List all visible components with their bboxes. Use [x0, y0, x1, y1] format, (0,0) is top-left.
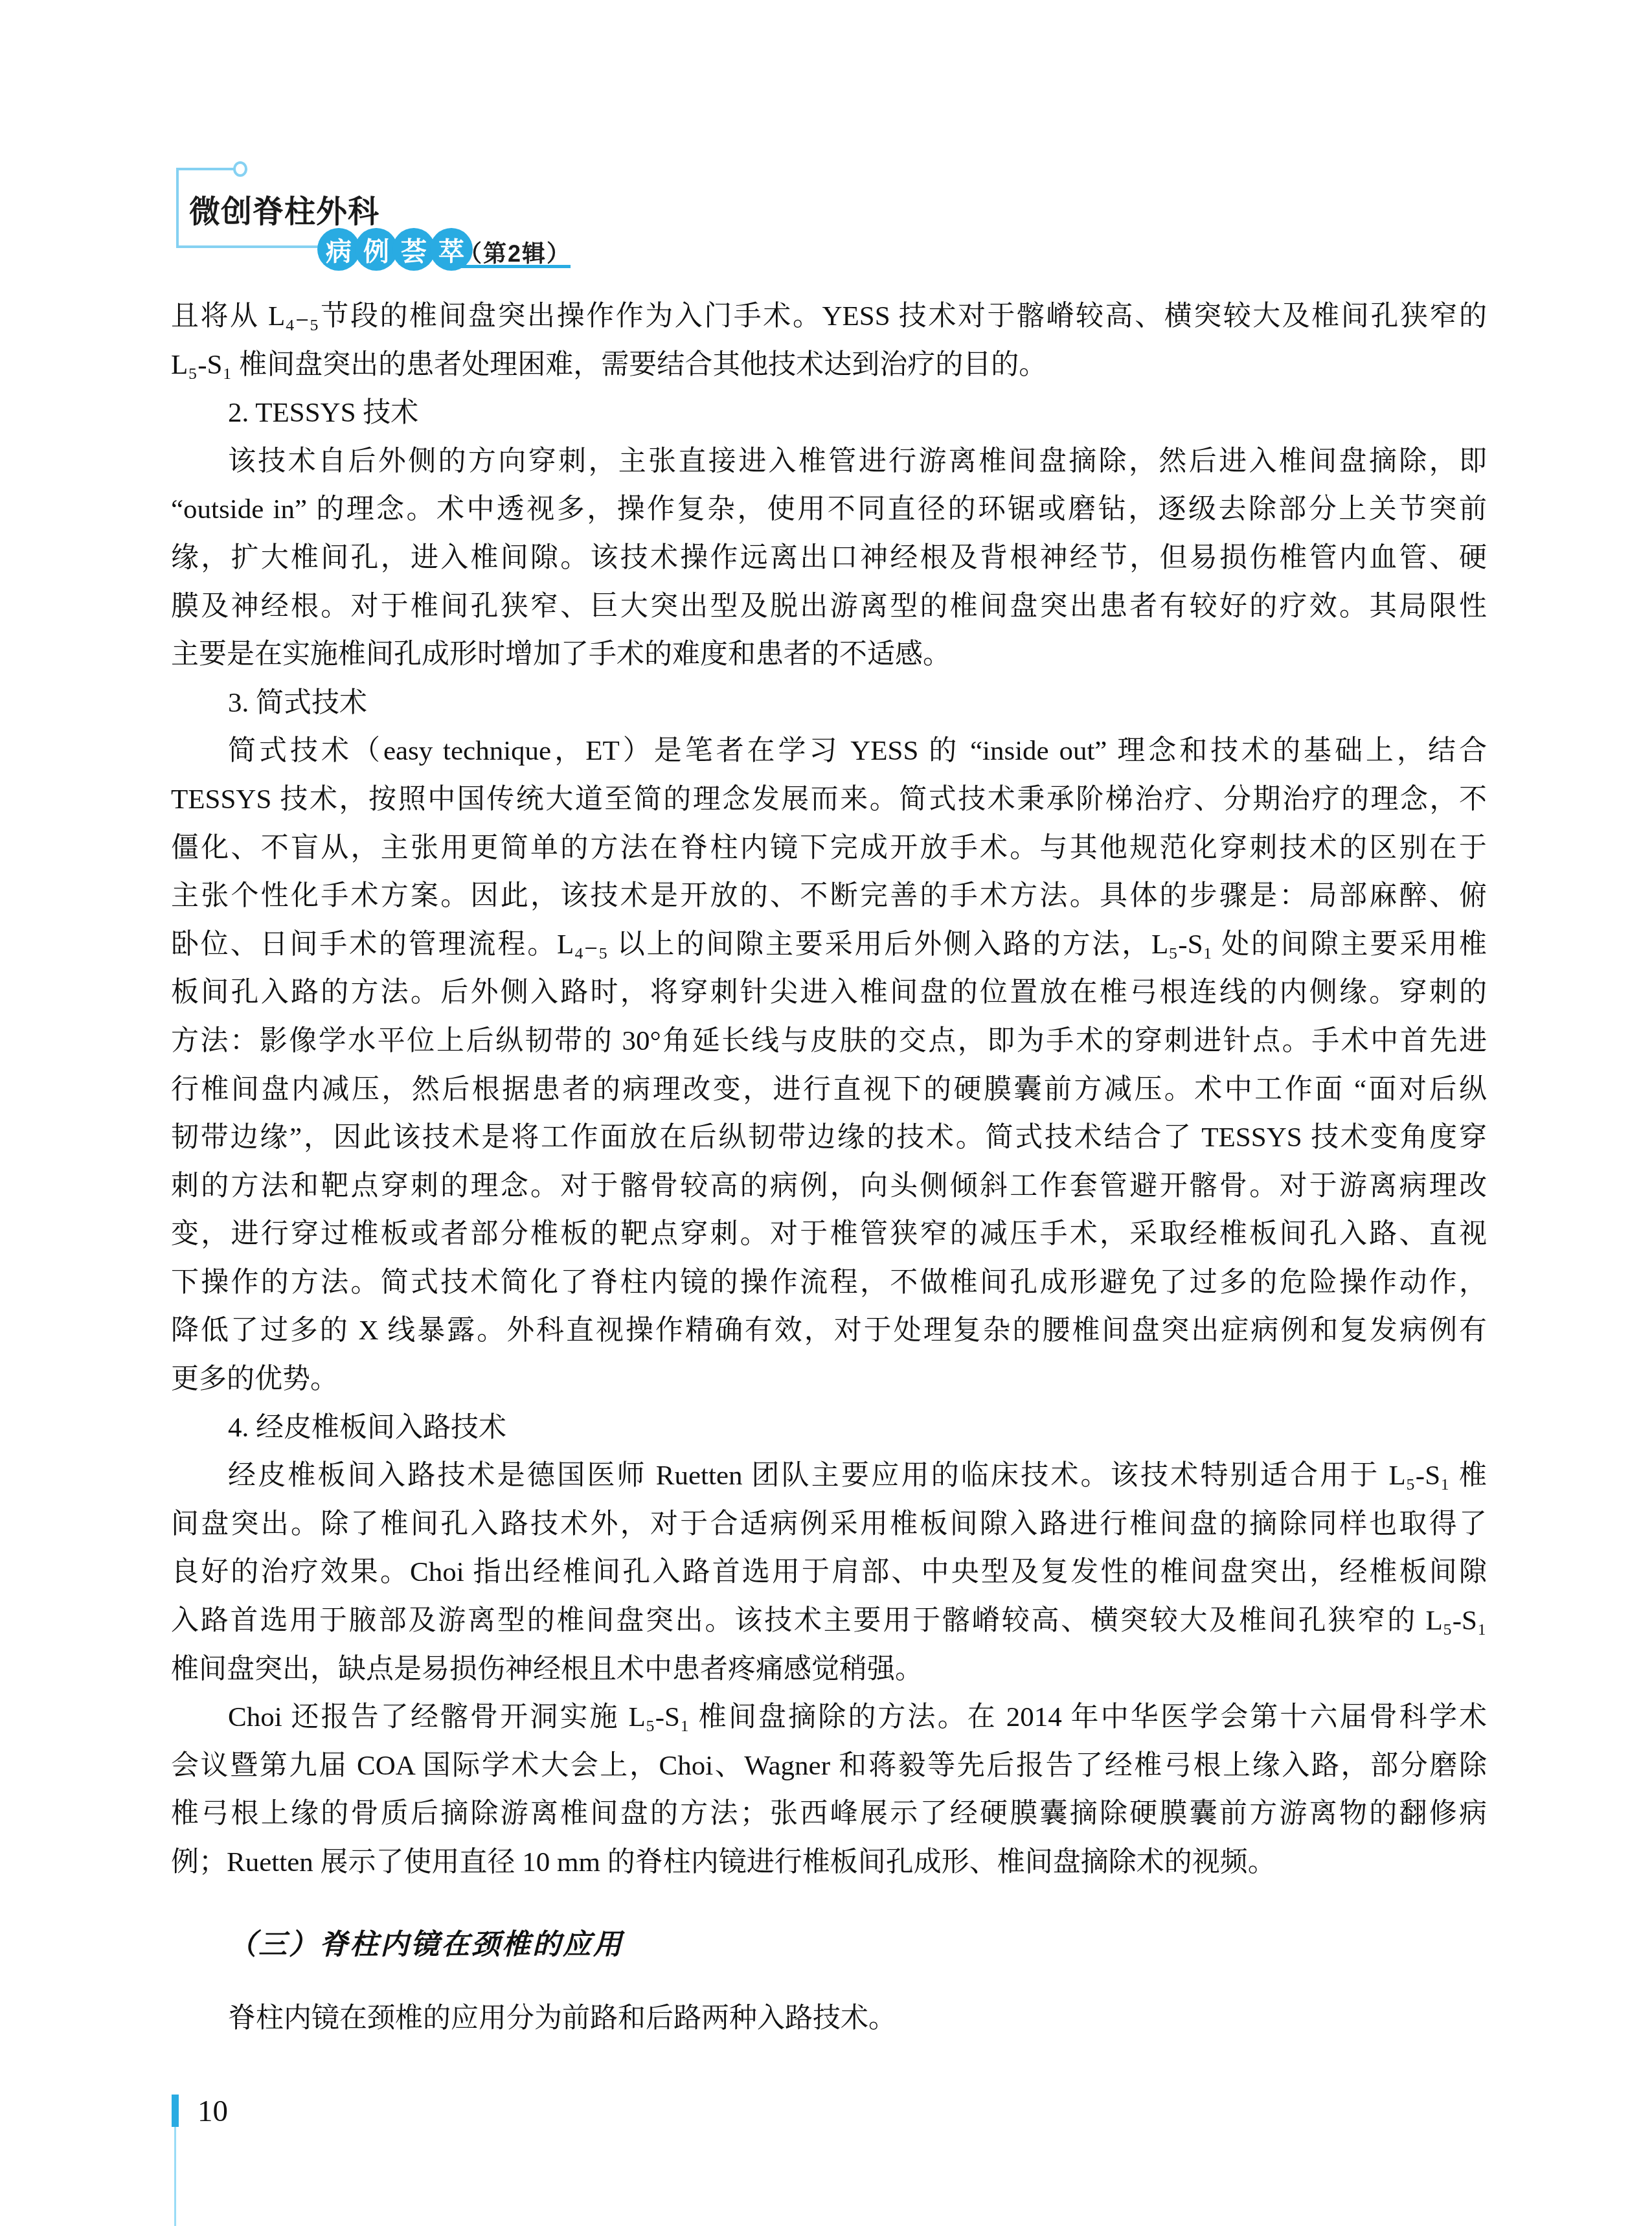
text-line: 良好的治疗效果。Choi 指出经椎间孔入路首选用于肩部、中央型及复发性的椎间盘突… [171, 1549, 1487, 1597]
text-line: “outside in” 的理念。术中透视多，操作复杂，使用不同直径的环锯或磨钻… [171, 486, 1487, 534]
text-line: 4. 经皮椎板间入路技术 [171, 1404, 1487, 1453]
badge-circle: 病 [317, 228, 360, 271]
text-line: 例；Ruetten 展示了使用直径 10 mm 的脊柱内镜进行椎板间孔成形、椎间… [171, 1839, 1487, 1887]
text-line: 椎弓根上缘的骨质后摘除游离椎间盘的方法；张西峰展示了经硬膜囊摘除硬膜囊前方游离物… [171, 1790, 1487, 1839]
text-line: 下操作的方法。简式技术简化了脊柱内镜的操作流程，不做椎间孔成形避免了过多的危险操… [171, 1259, 1487, 1308]
logo-ring-icon [233, 161, 247, 177]
text-line: 降低了过多的 X 线暴露。外科直视操作精确有效，对于处理复杂的腰椎间盘突出症病例… [171, 1307, 1487, 1356]
book-page: { "page": { "background": "#ffffff", "nu… [0, 0, 1652, 2226]
page-number-bar [172, 2095, 179, 2127]
body-text: 且将从 L₄₋₅节段的椎间盘突出操作作为入门手术。YESS 技术对于髂嵴较高、横… [171, 293, 1487, 1887]
text-line: 缘，扩大椎间孔，进入椎间隙。该技术操作远离出口神经根及背根神经节，但易损伤椎管内… [171, 534, 1487, 583]
text-line: 更多的优势。 [171, 1356, 1487, 1404]
text-line: 变，进行穿过椎板或者部分椎板的靶点穿刺。对于椎管狭窄的减压手术，采取经椎板间孔入… [171, 1210, 1487, 1259]
closing-paragraph: 脊柱内镜在颈椎的应用分为前路和后路两种入路技术。 [171, 1995, 1487, 2043]
text-line: Choi 还报告了经髂骨开洞实施 L₅-S₁ 椎间盘摘除的方法。在 2014 年… [171, 1694, 1487, 1742]
text-line: 僵化、不盲从，主张用更简单的方法在脊柱内镜下完成开放手术。与其他规范化穿刺技术的… [171, 824, 1487, 873]
logo-bracket-vertical-line [176, 168, 179, 248]
logo-bracket-top-line [176, 168, 236, 170]
text-line: 2. TESSYS 技术 [171, 389, 1487, 438]
edition-label: （第2辑） [458, 236, 571, 269]
text-line: L₅-S₁ 椎间盘突出的患者处理困难，需要结合其他技术达到治疗的目的。 [171, 341, 1487, 390]
text-line: 膜及神经根。对于椎间孔狭窄、巨大突出型及脱出游离型的椎间盘突出患者有较好的疗效。… [171, 583, 1487, 631]
text-line: 主要是在实施椎间孔成形时增加了手术的难度和患者的不适感。 [171, 631, 1487, 679]
logo-underline [444, 265, 571, 268]
text-line: 会议暨第九届 COA 国际学术大会上，Choi、Wagner 和蒋毅等先后报告了… [171, 1742, 1487, 1791]
series-title: 微创脊柱外科 [189, 187, 379, 231]
series-logo: 微创脊柱外科 病例荟萃 （第2辑） [0, 0, 648, 298]
section-heading: （三）脊柱内镜在颈椎的应用 [171, 1921, 1487, 1970]
text-line: 入路首选用于腋部及游离型的椎间盘突出。该技术主要用于髂嵴较高、横突较大及椎间孔狭… [171, 1597, 1487, 1646]
text-line: 行椎间盘内减压，然后根据患者的病理改变，进行直视下的硬膜囊前方减压。术中工作面 … [171, 1066, 1487, 1115]
text-line: 主张个性化手术方案。因此，该技术是开放的、不断完善的手术方法。具体的步骤是：局部… [171, 872, 1487, 921]
text-line: 该技术自后外侧的方向穿刺，主张直接进入椎管进行游离椎间盘摘除，然后进入椎间盘摘除… [171, 438, 1487, 486]
text-line: 经皮椎板间入路技术是德国医师 Ruetten 团队主要应用的临床技术。该技术特别… [171, 1452, 1487, 1501]
page-margin-rule [174, 2127, 176, 2226]
text-line: 3. 简式技术 [171, 679, 1487, 728]
text-line: 且将从 L₄₋₅节段的椎间盘突出操作作为入门手术。YESS 技术对于髂嵴较高、横… [171, 293, 1487, 341]
text-line: 刺的方法和靶点穿刺的理念。对于髂骨较高的病例，向头侧倾斜工作套管避开髂骨。对于游… [171, 1163, 1487, 1211]
badge-circle: 荟 [392, 228, 435, 271]
page-number: 10 [198, 2094, 228, 2129]
logo-bracket-bottom-line [176, 245, 320, 248]
text-line: 卧位、日间手术的管理流程。L₄₋₅ 以上的间隙主要采用后外侧入路的方法，L₅-S… [171, 921, 1487, 970]
text-line: 间盘突出。除了椎间孔入路技术外，对于合适病例采用椎板间隙入路进行椎间盘的摘除同样… [171, 1501, 1487, 1549]
text-line: 板间孔入路的方法。后外侧入路时，将穿刺针尖进入椎间盘的位置放在椎弓根连线的内侧缘… [171, 969, 1487, 1017]
text-line: 方法：影像学水平位上后纵韧带的 30°角延长线与皮肤的交点，即为手术的穿刺进针点… [171, 1017, 1487, 1066]
text-line: 椎间盘突出，缺点是易损伤神经根且术中患者疼痛感觉稍强。 [171, 1646, 1487, 1694]
text-line: TESSYS 技术，按照中国传统大道至简的理念发展而来。简式技术秉承阶梯治疗、分… [171, 776, 1487, 824]
text-line: 韧带边缘”，因此该技术是将工作面放在后纵韧带边缘的技术。简式技术结合了 TESS… [171, 1114, 1487, 1163]
badge-circle: 例 [355, 228, 398, 271]
text-line: 简式技术（easy technique，ET）是笔者在学习 YESS 的 “in… [171, 727, 1487, 776]
